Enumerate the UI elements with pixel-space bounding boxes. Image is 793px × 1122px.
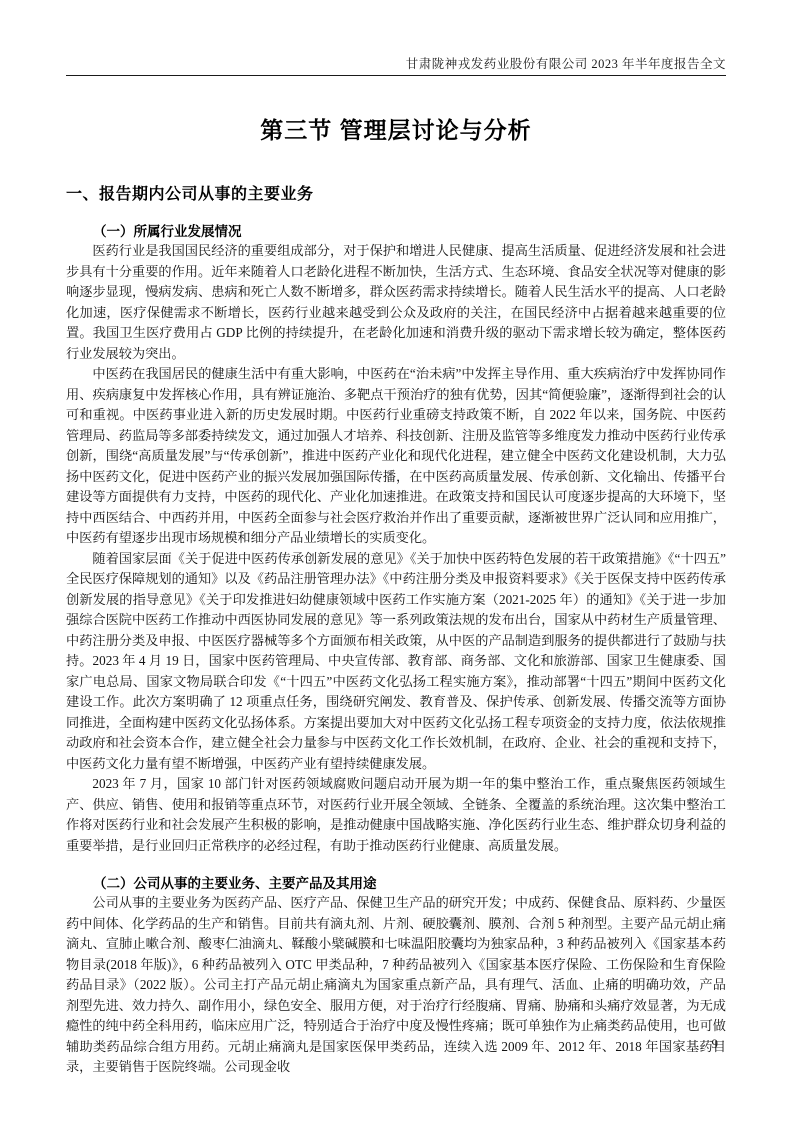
page-number: 9 — [712, 1036, 719, 1052]
paragraph-company-products: 公司从事的主要业务为医药产品、医疗产品、保健卫生产品的研究开发；中成药、保健食品… — [66, 893, 726, 1078]
header-text: 甘肃陇神戎发药业股份有限公司 2023 年半年度报告全文 — [406, 57, 726, 71]
page-header: 甘肃陇神戎发药业股份有限公司 2023 年半年度报告全文 — [66, 54, 726, 72]
subsection-industry-heading: （一）所属行业发展情况 — [66, 220, 726, 240]
page-content: 第三节 管理层讨论与分析 一、报告期内公司从事的主要业务 （一）所属行业发展情况… — [66, 100, 726, 1078]
header-rule — [66, 75, 726, 76]
paragraph-industry-overview: 医药行业是我国国民经济的重要组成部分，对于保护和增进人民健康、提高生活质量、促进… — [66, 241, 726, 364]
paragraph-tcm-influence: 中医药在我国居民的健康生活中有重大影响，中医药在“治未病”中发挥主导作用、重大疾… — [66, 364, 726, 549]
heading-main-business: 一、报告期内公司从事的主要业务 — [66, 181, 726, 204]
section-title: 第三节 管理层讨论与分析 — [66, 112, 726, 145]
paragraph-anticorruption-campaign: 2023 年 7 月，国家 10 部门针对医药领域腐败问题启动开展为期一年的集中… — [66, 774, 726, 856]
document-page: 甘肃陇神戎发药业股份有限公司 2023 年半年度报告全文 第三节 管理层讨论与分… — [0, 0, 793, 1122]
paragraph-national-policies: 随着国家层面《关于促进中医药传承创新发展的意见》《关于加快中医药特色发展的若干政… — [66, 549, 726, 775]
subsection-main-business-heading: （二）公司从事的主要业务、主要产品及其用途 — [66, 872, 726, 892]
